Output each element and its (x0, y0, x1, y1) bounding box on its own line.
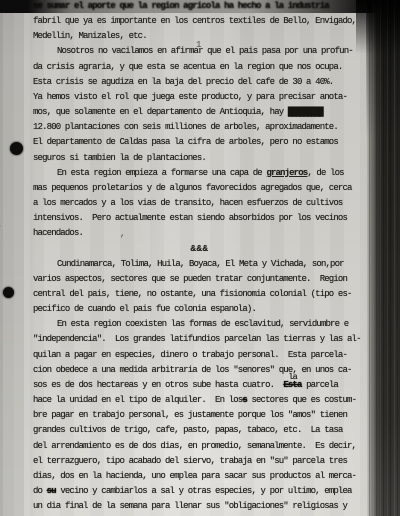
text-line: sos es de dos hectareas y en otros sube … (33, 378, 366, 393)
right-scan-shadow (366, 0, 400, 516)
text-run: Medellin, Manizales, etc. (33, 31, 147, 41)
text-line: bre pagar en trabajo personal, es justam… (33, 408, 366, 423)
text-line: El departamento de Caldas pasa la cifra … (33, 135, 366, 150)
text-run: En esta region coexisten las formas de e… (57, 319, 348, 329)
text-run: cion obedece a una medida arbitraria de … (33, 365, 352, 375)
text-line: hace la unidad en el tipo de alquiler. E… (33, 393, 366, 408)
text-line: se sumar el aporte que la region agricol… (33, 0, 366, 14)
text-run: mos, que solamente en el departamento de… (33, 107, 288, 117)
text-run: varios aspectos, sectores que se pueden … (33, 274, 347, 284)
text-run: central del pais, tiene, no ostante, una… (33, 289, 352, 299)
text-run: "independencia". Los grandes latifundios… (33, 334, 361, 344)
text-run: sectores que es costum- (247, 395, 356, 405)
text-run: El departamento de Caldas pasa la cifra … (33, 137, 338, 147)
text-run: hace la unidad en el tipo de alquiler. E… (33, 395, 242, 405)
text-run: 12.800 plantaciones con seis milliones d… (33, 122, 338, 132)
scan-artifact: 1 (196, 40, 201, 50)
ink-dot (3, 287, 14, 298)
text-line: En esta region coexisten las formas de e… (33, 317, 366, 332)
text-run: del arrendamiento es de dos dias, en pro… (33, 441, 356, 451)
interline-correction: Estala (283, 378, 301, 393)
text-run: pecifico de cuando el pais fue colonia e… (33, 304, 256, 314)
text-line: mas pequenos proletarios y de algunos fa… (33, 181, 366, 196)
text-run: dias, dos en la hacienda, uno emplea par… (33, 471, 356, 481)
text-run: fabril que ya es importante en los centr… (33, 16, 356, 26)
text-line: 12.800 plantaciones con seis milliones d… (33, 120, 366, 135)
ink-dot (10, 142, 23, 155)
text-run: parcela (302, 380, 338, 390)
text-run: bre pagar en trabajo personal, es justam… (33, 410, 347, 420)
text-run: do (33, 486, 47, 496)
text-run: Nosotros no vacilamos en afirmar que el … (57, 46, 353, 56)
text-line: Esta crisis se agudiza en la baja del pr… (33, 75, 366, 90)
text-run: el terrazguero, tipo acabado del siervo,… (33, 456, 347, 466)
text-line: dias, dos en la hacienda, uno emplea par… (33, 469, 366, 484)
text-line: da crisis agraria, y que esta se acentua… (33, 60, 366, 75)
text-run: vecino y cambiarlos a sal y otras especi… (56, 486, 352, 496)
text-line: varios aspectos, sectores que se pueden … (33, 272, 366, 287)
text-line: un dia final de la semana para llenar su… (33, 499, 366, 514)
text-run: un dia final de la semana para llenar su… (33, 501, 347, 511)
text-line: quilan a pagar en especies, dinero o tra… (33, 348, 366, 363)
text-line: fabril que ya es importante en los centr… (33, 14, 366, 29)
text-run: Cundinamarca, Tolima, Huila, Boyaca, El … (57, 259, 344, 269)
text-run: intensivos. Pero actualmente estan siend… (33, 213, 347, 223)
text-line: pecifico de cuando el pais fue colonia e… (33, 302, 366, 317)
text-run: grandes cultivos de trigo, cafe, pasto, … (33, 425, 342, 435)
text-line: grandes cultivos de trigo, cafe, pasto, … (33, 423, 366, 438)
text-run: da crisis agraria, y que esta se acentua… (33, 62, 342, 72)
text-run: sos es de dos hectareas y en otros sube … (33, 380, 283, 390)
scanned-page: se sumar el aporte que la region agricol… (0, 0, 400, 516)
scan-artifact: , (120, 229, 125, 239)
text-run: quilan a pagar en especies, dinero o tra… (33, 350, 347, 360)
text-line: a los mercados y a los vias de transito,… (33, 196, 366, 211)
text-run: hacendados. (33, 228, 83, 238)
text-line: del arrendamiento es de dos dias, en pro… (33, 439, 366, 454)
text-line: "independencia". Los grandes latifundios… (33, 332, 366, 347)
struck-word: su (47, 486, 56, 496)
text-line: mos, que solamente en el departamento de… (33, 105, 366, 120)
redacted-word: █████████ (288, 107, 322, 117)
text-run: &&& (190, 244, 208, 254)
text-run: se sumar el aporte que la region agricol… (33, 1, 329, 11)
text-run: En esta region empieza a formarse una ca… (57, 168, 266, 178)
scan-artifact: } (0, 221, 1, 231)
text-line: central del pais, tiene, no ostante, una… (33, 287, 366, 302)
section-separator: &&& (33, 242, 366, 257)
underlined-word: granjeros (266, 168, 307, 178)
text-run: Esta crisis se agudiza en la baja del pr… (33, 77, 333, 87)
text-run: seguros si tambien la de plantaciones. (33, 153, 206, 163)
text-layer: se sumar el aporte que la region agricol… (33, 0, 366, 514)
text-line: hacendados. (33, 226, 366, 241)
text-line: cion obedece a una medida arbitraria de … (33, 363, 366, 378)
text-line: Ya hemos visto el rol que juega este pro… (33, 90, 366, 105)
text-run: mas pequenos proletarios y de algunos fa… (33, 183, 352, 193)
text-line: do su vecino y cambiarlos a sal y otras … (33, 484, 366, 499)
text-run: a los mercados y a los vias de transito,… (33, 198, 342, 208)
typed-correction: la (288, 370, 297, 385)
text-line: intensivos. Pero actualmente estan siend… (33, 211, 366, 226)
text-line: el terrazguero, tipo acabado del siervo,… (33, 454, 366, 469)
text-run: Ya hemos visto el rol que juega este pro… (33, 92, 347, 102)
text-line: En esta region empieza a formarse una ca… (33, 166, 366, 181)
text-line: seguros si tambien la de plantaciones. (33, 151, 366, 166)
interline-correction: s (242, 393, 247, 408)
text-line: Cundinamarca, Tolima, Huila, Boyaca, El … (33, 257, 366, 272)
struck-word: s (242, 395, 247, 405)
interline-correction: su (47, 484, 56, 499)
text-run: , de los (307, 168, 343, 178)
